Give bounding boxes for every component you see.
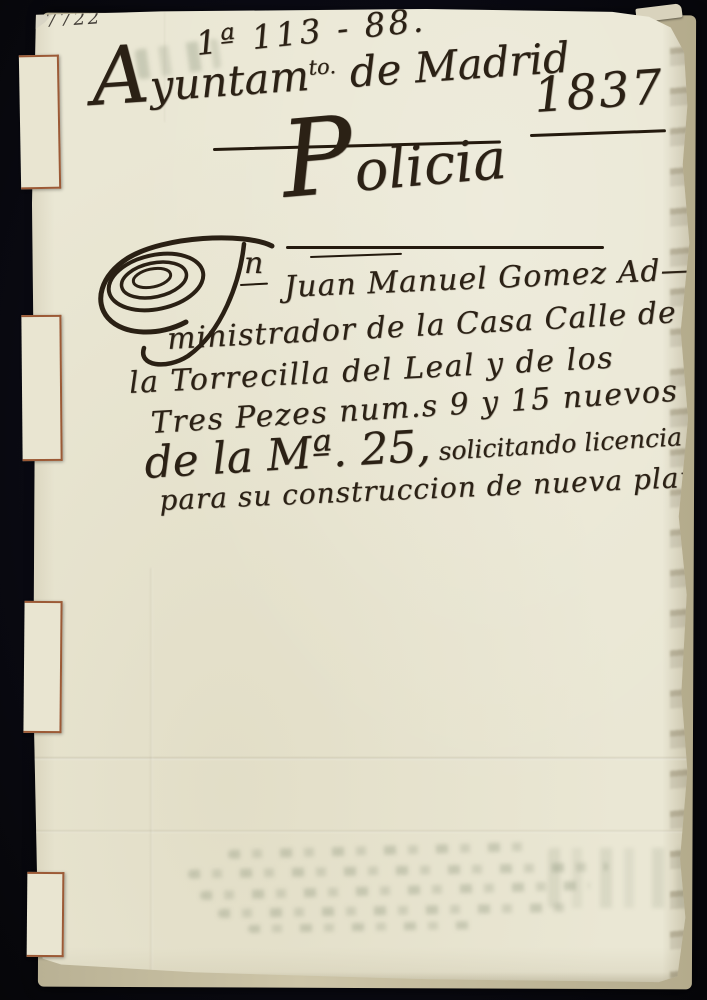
year-label: 1837 [532,59,666,124]
scanned-archive-page: 7722 1ª 113 - 88. Ayuntamto. de Madrid 1… [0,0,707,1000]
salutation-superscript: n [244,246,263,281]
section-initial: P [276,93,358,223]
bleed-through-line [188,862,608,878]
year-underline [530,129,666,136]
bleed-through-line [248,921,478,933]
archive-number: 7722 [44,6,102,32]
bleed-through-line [228,842,528,859]
fold-crease [150,568,153,978]
section-title: Policia [280,127,509,211]
section-underline [286,246,604,249]
institution-initial: A [88,27,152,124]
binding-tab [21,315,62,461]
manuscript-sheet: 7722 1ª 113 - 88. Ayuntamto. de Madrid 1… [28,8,692,986]
binding-tab [19,55,61,190]
bleed-through-line [218,903,568,918]
binding-tab [23,601,62,733]
fold-crease [28,830,692,833]
bleed-through-block [548,848,698,908]
bleed-through-line [200,881,590,900]
fold-crease [28,757,692,760]
flourish-stroke [310,253,402,258]
binding-tab [27,872,65,957]
